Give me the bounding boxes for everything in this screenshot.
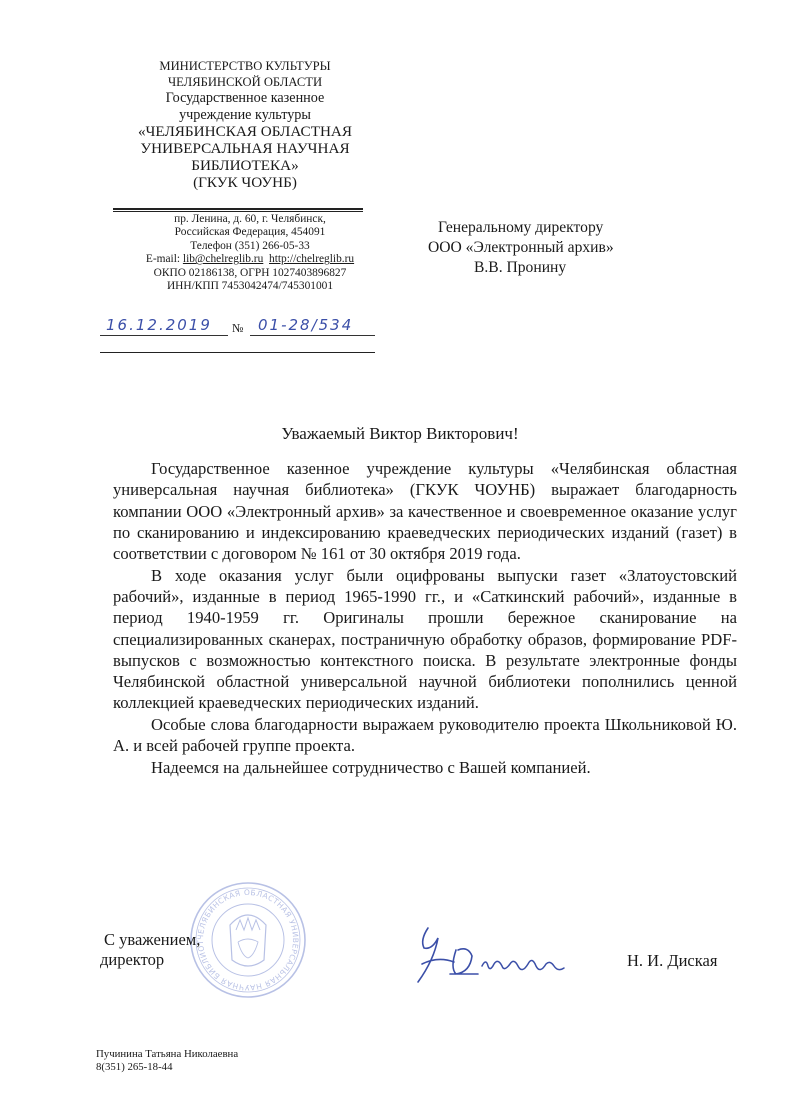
body-paragraph: В ходе оказания услуг были оцифрованы вы… bbox=[113, 565, 737, 714]
registration-divider bbox=[100, 352, 375, 353]
org-name-line-3: БИБЛИОТЕКА» bbox=[95, 157, 395, 174]
addressee-name: В.В. Пронину bbox=[474, 258, 698, 278]
official-stamp: ЧЕЛЯБИНСКАЯ ОБЛАСТНАЯ УНИВЕРСАЛЬНАЯ НАУЧ… bbox=[188, 880, 308, 1000]
letterhead: МИНИСТЕРСТВО КУЛЬТУРЫ ЧЕЛЯБИНСКОЙ ОБЛАСТ… bbox=[95, 58, 395, 192]
svg-text:ЧЕЛЯБИНСКАЯ ОБЛАСТНАЯ УНИВЕРСА: ЧЕЛЯБИНСКАЯ ОБЛАСТНАЯ УНИВЕРСАЛЬНАЯ НАУЧ… bbox=[188, 880, 300, 992]
closing-regards: С уважением, bbox=[104, 930, 200, 950]
addressee-company: ООО «Электронный архив» bbox=[428, 238, 698, 258]
email-label: E-mail: bbox=[146, 253, 180, 265]
letter-body: Государственное казенное учреждение куль… bbox=[113, 458, 737, 778]
letterhead-divider bbox=[113, 208, 363, 210]
body-paragraph: Государственное казенное учреждение куль… bbox=[113, 458, 737, 564]
addressee-block: Генеральному директору ООО «Электронный … bbox=[438, 218, 698, 278]
email-web-line: E-mail: lib@chelreglib.ru http://chelreg… bbox=[95, 253, 405, 266]
org-name-line-1: «ЧЕЛЯБИНСКАЯ ОБЛАСТНАЯ bbox=[95, 123, 395, 140]
greeting: Уважаемый Виктор Викторович! bbox=[0, 424, 800, 444]
ministry-line-2: ЧЕЛЯБИНСКОЙ ОБЛАСТИ bbox=[95, 74, 395, 90]
contact-block: пр. Ленина, д. 60, г. Челябинск, Российс… bbox=[95, 213, 405, 293]
body-paragraph: Особые слова благодарности выражаем руко… bbox=[113, 714, 737, 757]
addressee-position: Генеральному директору bbox=[438, 218, 698, 238]
number-underline bbox=[250, 335, 375, 336]
closing-position: директор bbox=[100, 950, 200, 970]
signature-icon bbox=[398, 920, 588, 990]
executor-name: Пучинина Татьяна Николаевна bbox=[96, 1048, 238, 1061]
stamp-seal-icon: ЧЕЛЯБИНСКАЯ ОБЛАСТНАЯ УНИВЕРСАЛЬНАЯ НАУЧ… bbox=[188, 880, 308, 1000]
org-abbreviation: (ГКУК ЧОУНБ) bbox=[95, 174, 395, 191]
email-link[interactable]: lib@chelreglib.ru bbox=[183, 253, 263, 265]
website-link[interactable]: http://chelreglib.ru bbox=[269, 253, 354, 265]
closing-block: С уважением, директор bbox=[104, 930, 200, 970]
address: пр. Ленина, д. 60, г. Челябинск, bbox=[95, 213, 405, 226]
number-sign: № bbox=[232, 321, 243, 336]
signer-name: Н. И. Диская bbox=[627, 951, 717, 971]
country-zip: Российская Федерация, 454091 bbox=[95, 226, 405, 239]
org-type-line-2: учреждение культуры bbox=[95, 107, 395, 123]
okpo-ogrn: ОКПО 02186138, ОГРН 1027403896827 bbox=[95, 267, 405, 280]
phone: Телефон (351) 266-05-33 bbox=[95, 240, 405, 253]
date-underline bbox=[100, 335, 228, 336]
registration-line: 16.12.2019 № 01-28/534 bbox=[100, 316, 375, 338]
executor-phone: 8(351) 265-18-44 bbox=[96, 1061, 238, 1074]
org-name-line-2: УНИВЕРСАЛЬНАЯ НАУЧНАЯ bbox=[95, 140, 395, 157]
executor-block: Пучинина Татьяна Николаевна 8(351) 265-1… bbox=[96, 1048, 238, 1073]
org-type-line-1: Государственное казенное bbox=[95, 90, 395, 106]
registration-number: 01-28/534 bbox=[258, 316, 353, 334]
letterhead-divider-thin bbox=[113, 211, 363, 212]
handwritten-signature bbox=[398, 920, 588, 990]
ministry-line-1: МИНИСТЕРСТВО КУЛЬТУРЫ bbox=[95, 58, 395, 74]
inn-kpp: ИНН/КПП 7453042474/745301001 bbox=[95, 280, 405, 293]
registration-date: 16.12.2019 bbox=[106, 316, 212, 334]
body-paragraph: Надеемся на дальнейшее сотрудничество с … bbox=[113, 757, 737, 778]
